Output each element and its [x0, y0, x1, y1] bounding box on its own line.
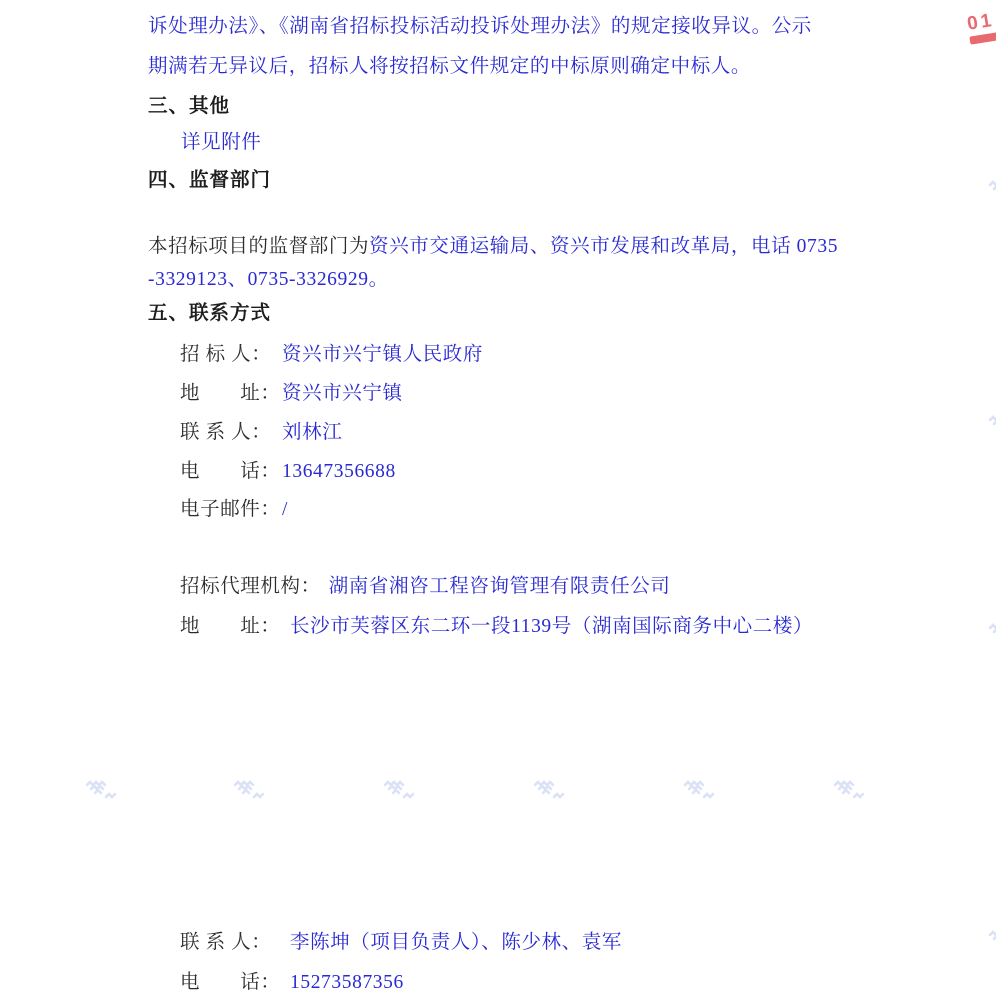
contact-label: 联 系 人： [180, 416, 280, 444]
watermark-fragment [988, 415, 996, 435]
intro-paragraph-line-1: 诉处理办法》、《湖南省招标投标活动投诉处理办法》的规定接收异议。公示 [148, 10, 812, 38]
contact-label: 电 话： [180, 455, 280, 483]
contact-value: 刘林江 [282, 422, 342, 443]
intro-paragraph-line-2: 期满若无异议后，招标人将按招标文件规定的中标原则确定中标人。 [148, 50, 751, 78]
supervision-body-1: 资兴市交通运输局、资兴市发展和改革局，电话 0735 [369, 236, 838, 257]
section-heading-other: 三、其他 [148, 90, 230, 118]
contact-label: 地 址： [180, 377, 280, 405]
watermark-logo [233, 780, 267, 800]
watermark-logo [833, 780, 867, 800]
contact-value: 资兴市兴宁镇人民政府 [282, 344, 483, 365]
watermark-logo [383, 780, 417, 800]
attachment-link[interactable]: 详见附件 [181, 126, 261, 154]
contact-value: 长沙市芙蓉区东二环一段1139号（湖南国际商务中心二楼） [290, 616, 813, 637]
supervision-prefix: 本招标项目的监督部门为 [148, 236, 369, 257]
supervision-paragraph-line-2: -3329123、0735-3326929。 [148, 263, 389, 291]
watermark-fragment [988, 180, 996, 200]
contact-label: 电子邮件： [180, 493, 280, 521]
contact-label: 招标代理机构： [180, 570, 321, 598]
contact-label: 地 址： [180, 610, 280, 638]
contact-label: 招 标 人： [180, 338, 280, 366]
contact-row-tenderer: 招 标 人：资兴市兴宁镇人民政府 [180, 338, 483, 366]
contact-label: 电 话： [180, 966, 280, 994]
contact-value: 资兴市兴宁镇 [282, 383, 403, 404]
watermark-logo [533, 780, 567, 800]
contact-value: 李陈坤（项目负责人）、陈少林、袁军 [290, 932, 622, 953]
watermark-fragment [988, 930, 996, 950]
contact-row-address: 地 址：资兴市兴宁镇 [180, 377, 403, 405]
contact-label: 联 系 人： [180, 926, 280, 954]
contact-value: / [282, 499, 288, 520]
agency-row-name: 招标代理机构：湖南省湘咨工程咨询管理有限责任公司 [180, 570, 670, 598]
section-heading-contact: 五、联系方式 [148, 297, 271, 325]
contact-value: 13647356688 [282, 461, 396, 482]
watermark-fragment [988, 623, 996, 643]
contact-row-person: 联 系 人：刘林江 [180, 416, 342, 444]
agency-row-address: 地 址：长沙市芙蓉区东二环一段1139号（湖南国际商务中心二楼） [180, 610, 813, 638]
watermark-logo [683, 780, 717, 800]
document-page: 01 诉处理办法》、《湖南省招标投标活动投诉处理办法》的规定接收异议。公示 期满… [0, 0, 996, 995]
watermark-logo [85, 780, 119, 800]
agency-contact-row-phone: 电 话：15273587356 [180, 966, 404, 994]
contact-row-email: 电子邮件：/ [180, 493, 288, 521]
agency-contact-row-person: 联 系 人：李陈坤（项目负责人）、陈少林、袁军 [180, 926, 622, 954]
section-heading-supervision: 四、监督部门 [148, 164, 271, 192]
supervision-paragraph-line-1: 本招标项目的监督部门为资兴市交通运输局、资兴市发展和改革局，电话 0735 [148, 230, 838, 258]
stamp-digits: 01 [966, 9, 996, 34]
red-stamp-badge: 01 [966, 9, 996, 44]
contact-value: 15273587356 [290, 972, 404, 993]
contact-value: 湖南省湘咨工程咨询管理有限责任公司 [329, 576, 671, 597]
contact-row-phone: 电 话：13647356688 [180, 455, 396, 483]
